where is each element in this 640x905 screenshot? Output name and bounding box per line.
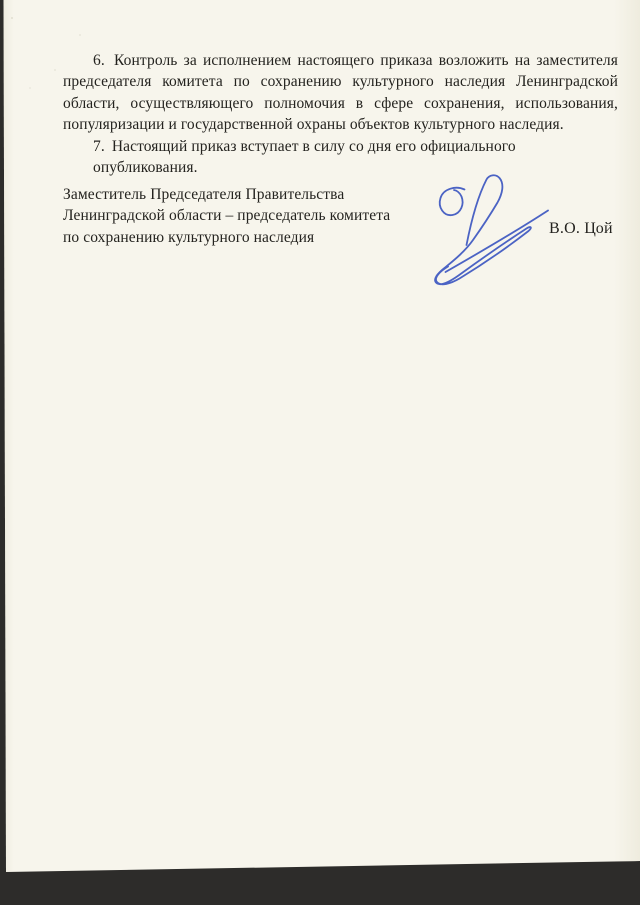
signature-block: Заместитель Председателя Правительства Л…	[63, 184, 423, 248]
item-6-line-1: Контроль за исполнением настоящего прика…	[114, 52, 618, 69]
signoff-title-line-3: по сохранению культурного наследия	[63, 227, 423, 248]
text-line: 6. Контроль за исполнением настоящего пр…	[63, 50, 618, 71]
item-6-line-2: председателя комитета по сохранению куль…	[63, 71, 618, 92]
item-6-line-4: популяризации и государственной охраны о…	[63, 114, 618, 135]
scan-backdrop: 6. Контроль за исполнением настоящего пр…	[0, 0, 640, 905]
item-7-number: 7.	[93, 138, 105, 155]
order-item-6: 6. Контроль за исполнением настоящего пр…	[63, 50, 618, 136]
order-body: 6. Контроль за исполнением настоящего пр…	[63, 50, 618, 178]
item-6-number: 6.	[93, 52, 105, 69]
handwritten-signature-icon	[424, 166, 560, 296]
signoff-title-line-1: Заместитель Председателя Правительства	[63, 184, 423, 205]
item-6-line-3: области, осуществляющего полномочия в сф…	[63, 93, 618, 114]
document-page: 6. Контроль за исполнением настоящего пр…	[0, 0, 640, 905]
signoff-title-line-2: Ленинградской области – председатель ком…	[63, 205, 423, 226]
